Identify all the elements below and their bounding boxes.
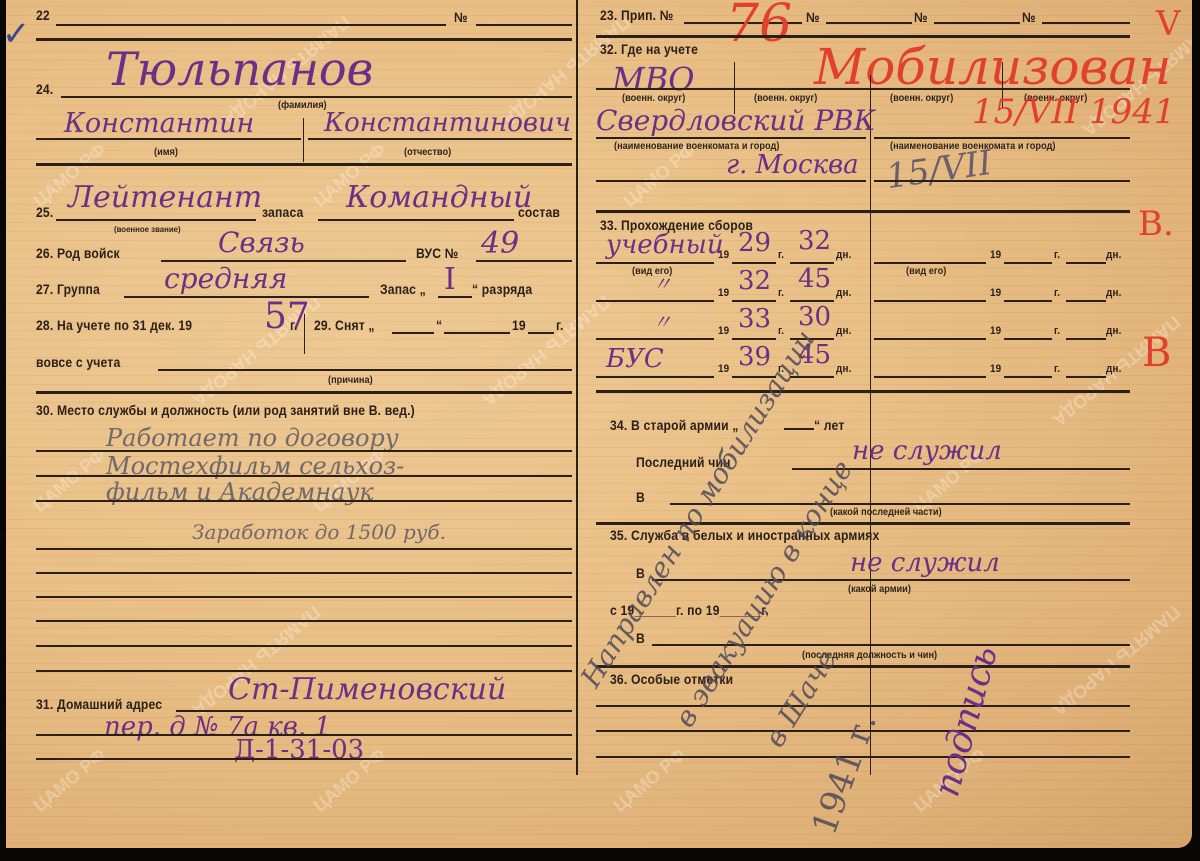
- paper-stripe: [6, 834, 1192, 835]
- training-days: 32: [798, 226, 831, 256]
- rule: [732, 300, 776, 302]
- special-note-year: 1941 г.: [804, 708, 885, 840]
- rule: [36, 38, 572, 41]
- staff-value: Командный: [346, 180, 532, 215]
- rule: [124, 296, 369, 298]
- year-suffix: г.: [1054, 363, 1060, 375]
- rule: [476, 24, 572, 26]
- rule: [934, 22, 1020, 24]
- rule: [596, 137, 866, 139]
- center-divider: [576, 0, 578, 775]
- field-29-suffix: г.: [556, 318, 564, 333]
- rule: [61, 96, 572, 98]
- paper-stripe: [6, 843, 1192, 844]
- divider: [304, 314, 305, 354]
- kind-caption: (вид его): [632, 266, 672, 277]
- army-value: не служил: [850, 548, 1000, 578]
- divider: [303, 118, 304, 162]
- rank-caption: (военное звание): [114, 224, 181, 234]
- field-31-label: 31. Домашний адрес: [36, 697, 162, 712]
- rule: [826, 22, 912, 24]
- rule: [392, 332, 434, 334]
- paper-stripe: [6, 780, 1192, 781]
- paper-stripe: [6, 240, 1192, 241]
- paper-stripe: [6, 366, 1192, 367]
- paper-stripe: [6, 177, 1192, 178]
- paper-stripe: [6, 807, 1192, 808]
- district-caption-3: (военн. округ): [890, 93, 953, 104]
- rule: [36, 548, 572, 550]
- phone-value: Д-1-31-03: [234, 735, 364, 765]
- year-prefix: 19: [718, 325, 729, 337]
- rule: [596, 390, 1130, 393]
- reserve-category-value: I: [444, 262, 456, 297]
- field-23-label: 23. Прип. №: [600, 8, 674, 23]
- year-suffix: г.: [1054, 249, 1060, 261]
- field-35-label: 35. Служба в белых и иностранных армиях: [610, 528, 879, 543]
- red-mark-76: 76: [726, 0, 792, 54]
- year-suffix: г.: [778, 249, 784, 261]
- rule: [1066, 300, 1106, 302]
- field-24-number: 24.: [36, 82, 53, 97]
- paper-stripe: [6, 258, 1192, 259]
- rule: [36, 572, 572, 574]
- paper-stripe: [6, 510, 1192, 511]
- field-29b-label: вовсе с учета: [36, 355, 120, 370]
- field-26-vus-label: ВУС №: [416, 246, 458, 261]
- training-kind: 〃: [652, 306, 672, 335]
- rule: [1004, 376, 1052, 378]
- paper-stripe: [6, 609, 1192, 610]
- training-days: 30: [798, 302, 831, 332]
- rule: [36, 500, 572, 502]
- paper-stripe: [6, 564, 1192, 565]
- surname-value: Тюльпанов: [106, 42, 373, 96]
- registration-year-value: 57: [264, 296, 310, 337]
- rule: [874, 262, 986, 264]
- field-23-no-3: №: [1022, 10, 1036, 25]
- paper-stripe: [6, 537, 1192, 538]
- field-30-label: 30. Место службы и должность (или род за…: [36, 403, 415, 418]
- days-suffix: дн.: [836, 249, 852, 261]
- year-suffix: г.: [1054, 325, 1060, 337]
- paper-stripe: [6, 546, 1192, 547]
- training-year: 33: [738, 304, 771, 334]
- unit-caption: (какой последней части): [830, 507, 942, 518]
- group-value: средняя: [164, 262, 287, 295]
- year-prefix: 19: [990, 287, 1001, 299]
- reason-caption: (причина): [328, 375, 373, 386]
- paper-stripe: [6, 519, 1192, 520]
- patronymic-caption: (отчество): [404, 147, 451, 158]
- days-suffix: дн.: [1106, 363, 1122, 375]
- occupation-line-1: Работает по договору: [106, 424, 399, 452]
- red-date: 15/VII 1941: [972, 92, 1175, 132]
- registration-card: ЦАМО РФ ЦАМО РФ ЦАМО РФ ПАМЯТЬ НАРОДА ПА…: [6, 0, 1192, 848]
- rule: [874, 180, 1130, 182]
- paper-stripe: [6, 168, 1192, 169]
- paper-stripe: [6, 753, 1192, 754]
- paper-stripe: [6, 15, 1192, 16]
- training-kind: учебный: [606, 230, 724, 260]
- rule: [528, 332, 554, 334]
- year-prefix: 19: [990, 363, 1001, 375]
- rule: [36, 475, 572, 477]
- city-value: г. Москва: [726, 150, 859, 180]
- margin-mark-v3: В: [1142, 330, 1171, 376]
- rank-value: Лейтенант: [68, 180, 262, 215]
- field-29-label: 29. Снят „: [314, 318, 375, 333]
- paper-stripe: [6, 816, 1192, 817]
- paper-stripe: [6, 555, 1192, 556]
- paper-stripe: [6, 6, 1192, 7]
- rule: [596, 210, 1130, 213]
- rule: [596, 376, 714, 378]
- paper-stripe: [6, 420, 1192, 421]
- rule: [36, 596, 572, 598]
- surname-caption: (фамилия): [278, 100, 327, 111]
- rule: [1066, 338, 1106, 340]
- training-year: 32: [738, 266, 771, 296]
- rule: [36, 758, 572, 760]
- year-suffix: г.: [1054, 287, 1060, 299]
- year-prefix: 19: [990, 325, 1001, 337]
- paper-stripe: [6, 789, 1192, 790]
- field-26-label: 26. Род войск: [36, 246, 120, 261]
- field-27-reserve-end: “ разряда: [472, 282, 532, 297]
- rule: [1066, 376, 1106, 378]
- field-23-no-2: №: [914, 10, 928, 25]
- rule: [1004, 338, 1052, 340]
- rule: [36, 620, 572, 622]
- paper-stripe: [6, 582, 1192, 583]
- rule: [1004, 300, 1052, 302]
- rule: [596, 262, 714, 264]
- paper-stripe: [6, 312, 1192, 313]
- rule: [874, 376, 986, 378]
- year-prefix: 19: [718, 363, 729, 375]
- field-29-year-prefix: 19: [512, 318, 526, 333]
- rule: [444, 332, 510, 334]
- rule: [874, 300, 986, 302]
- paper-stripe: [6, 591, 1192, 592]
- rule: [308, 138, 572, 140]
- paper-stripe: [6, 303, 1192, 304]
- days-suffix: дн.: [836, 363, 852, 375]
- field-28-suffix: г.: [290, 318, 298, 333]
- rule: [1066, 262, 1106, 264]
- rule: [1004, 262, 1052, 264]
- rule: [36, 138, 301, 140]
- days-suffix: дн.: [1106, 325, 1122, 337]
- training-kind: БУС: [606, 344, 664, 374]
- rule: [652, 579, 1130, 581]
- rule: [36, 645, 572, 647]
- field-22-no-label: №: [454, 10, 468, 25]
- days-suffix: дн.: [836, 287, 852, 299]
- days-suffix: дн.: [1106, 249, 1122, 261]
- checkmark-icon: ✓: [6, 14, 31, 54]
- rule: [1042, 22, 1130, 24]
- name-caption: (имя): [154, 147, 178, 158]
- days-suffix: дн.: [836, 325, 852, 337]
- paper-stripe: [6, 825, 1192, 826]
- year-prefix: 19: [990, 249, 1001, 261]
- paper-stripe: [6, 762, 1192, 763]
- divider: [870, 75, 871, 775]
- last-rank-value: не служил: [852, 436, 1002, 466]
- vus-value: 49: [481, 226, 519, 261]
- field-25-number: 25.: [36, 205, 53, 220]
- training-days: 45: [798, 264, 831, 294]
- special-note-line-1: Направлен по мобилизации: [574, 324, 821, 693]
- rule: [596, 338, 714, 340]
- training-year: 29: [738, 228, 771, 258]
- field-32-label: 32. Где на учете: [600, 42, 698, 57]
- field-22-number: 22: [36, 8, 50, 23]
- district-caption-1: (военн. округ): [622, 93, 685, 104]
- paper-stripe: [6, 249, 1192, 250]
- field-28-label: 28. На учете по 31 дек. 19: [36, 318, 192, 333]
- field-25-reserve-label: запаса: [262, 205, 303, 220]
- paper-stripe: [6, 222, 1192, 223]
- paper-stripe: [6, 600, 1192, 601]
- patronymic-value: Константинович: [324, 108, 571, 138]
- field-27-reserve-label: Запас „: [380, 282, 426, 297]
- paper-stripe: [6, 159, 1192, 160]
- rule: [158, 369, 572, 371]
- paper-stripe: [6, 348, 1192, 349]
- paper-stripe: [6, 771, 1192, 772]
- paper-stripe: [6, 357, 1192, 358]
- name-value: Константин: [64, 108, 254, 139]
- rule: [36, 391, 572, 394]
- branch-value: Связь: [218, 226, 305, 259]
- paper-stripe: [6, 798, 1192, 799]
- field-34-years-suffix: “ лет: [814, 418, 844, 433]
- rule: [318, 219, 514, 221]
- commissariat-value: Свердловский РВК: [596, 104, 875, 137]
- rule: [596, 300, 714, 302]
- paper-stripe: [6, 627, 1192, 628]
- rule: [874, 338, 986, 340]
- paper-stripe: [6, 744, 1192, 745]
- rule: [56, 24, 446, 26]
- year-prefix: 19: [718, 287, 729, 299]
- paper-stripe: [6, 528, 1192, 529]
- rule: [670, 503, 1130, 505]
- paper-stripe: [6, 384, 1192, 385]
- year-suffix: г.: [778, 325, 784, 337]
- rule: [732, 338, 776, 340]
- paper-stripe: [6, 33, 1192, 34]
- district-caption-2: (военн. округ): [754, 93, 817, 104]
- field-27-label: 27. Группа: [36, 282, 100, 297]
- field-25-end-label: состав: [518, 205, 560, 220]
- days-suffix: дн.: [1106, 287, 1122, 299]
- rule: [596, 665, 1130, 668]
- rule: [596, 180, 866, 182]
- rule: [784, 428, 814, 430]
- field-23-no-1: №: [806, 10, 820, 25]
- rule: [874, 137, 1130, 139]
- occupation-line-4: Заработок до 1500 руб.: [192, 520, 446, 544]
- address-line-1: Ст-Пименовский: [228, 672, 506, 707]
- rule: [596, 88, 1130, 90]
- rule: [36, 163, 572, 166]
- rule: [56, 219, 256, 221]
- paper-stripe: [6, 699, 1192, 700]
- kind-caption: (вид его): [906, 266, 946, 277]
- year-suffix: г.: [778, 287, 784, 299]
- paper-stripe: [6, 708, 1192, 709]
- paper-stripe: [6, 618, 1192, 619]
- paper-stripe: [6, 231, 1192, 232]
- rule: [732, 262, 776, 264]
- army-caption: (какой армии): [848, 584, 911, 595]
- margin-mark-v2: В.: [1138, 204, 1174, 244]
- field-29-quote: “: [436, 318, 442, 333]
- field-34-label: 34. В старой армии „: [610, 418, 739, 433]
- unit-label: В: [636, 490, 645, 505]
